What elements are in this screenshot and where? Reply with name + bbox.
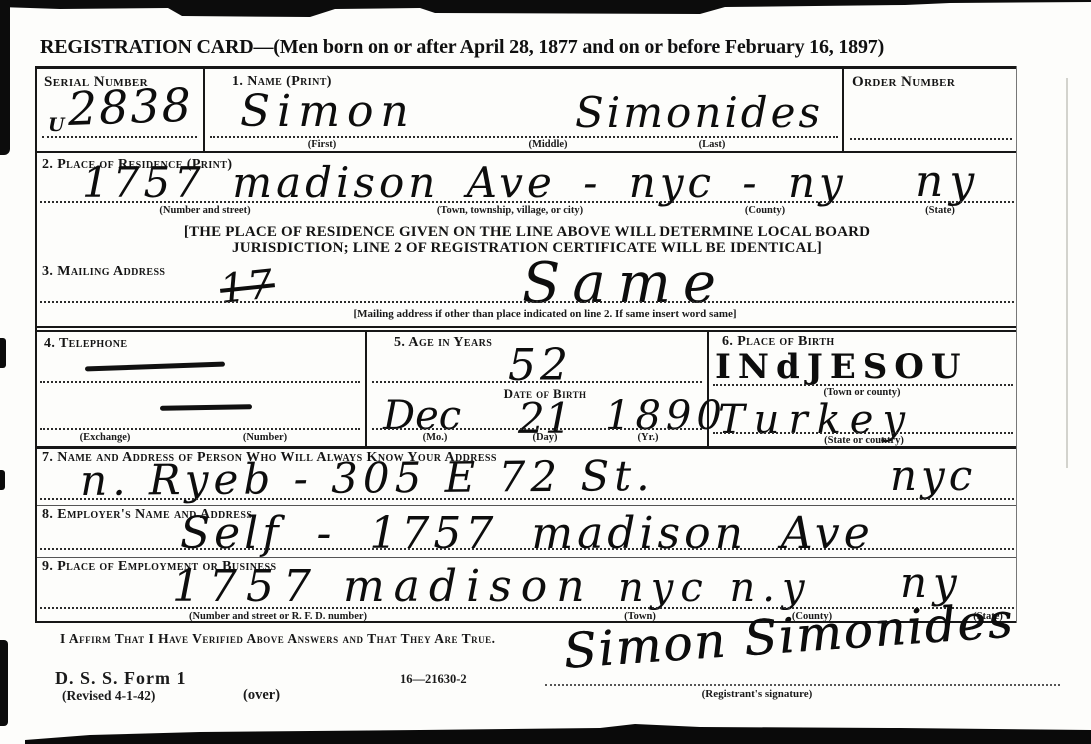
residence-sub-state: (State) xyxy=(925,205,955,216)
dob-month-value: Dec xyxy=(383,396,461,436)
form-number: D. S. S. Form 1 xyxy=(55,668,187,689)
dob-sub-month: (Mo.) xyxy=(423,432,448,443)
table-left-border xyxy=(35,66,37,623)
name-sub-first: (First) xyxy=(308,139,337,150)
jurisdiction-note-line1: [THE PLACE OF RESIDENCE GIVEN ON THE LIN… xyxy=(184,224,870,241)
birth-country-value: Turkey xyxy=(718,400,914,440)
row7-bottom-border xyxy=(35,505,1017,506)
scan-left-edge-artifact xyxy=(0,470,5,490)
employment-street-value: 1757 madison xyxy=(172,565,594,609)
form-title: REGISTRATION CARD—(Men born on or after … xyxy=(40,36,884,59)
telephone-sub-exchange: (Exchange) xyxy=(80,432,131,443)
dob-sub-year: (Yr.) xyxy=(638,432,659,443)
scan-left-edge-artifact xyxy=(0,338,6,368)
residence-value: 1757 madison Ave - nyc - ny xyxy=(82,162,847,204)
mailing-address-label: 3. Mailing Address xyxy=(42,264,165,280)
row4-bottom-border xyxy=(35,446,1017,449)
row1-bottom-border xyxy=(35,151,1017,153)
age-label: 5. Age in Years xyxy=(394,335,492,351)
serial-name-divider xyxy=(203,66,205,153)
telephone-age-divider xyxy=(365,330,367,448)
serial-number-value: 2838 xyxy=(67,82,194,132)
order-number-label: Order Number xyxy=(852,74,955,91)
name-last-value: Simonides xyxy=(575,92,823,134)
scan-top-edge-artifact xyxy=(0,0,1091,24)
employment-town-value: nyc n.y xyxy=(618,568,812,608)
name-first-value: Simon xyxy=(240,90,416,134)
telephone-dotted-line1 xyxy=(40,381,360,383)
registration-card-scan: REGISTRATION CARD—(Men born on or after … xyxy=(0,0,1091,744)
name-order-divider xyxy=(842,66,844,153)
over-label: (over) xyxy=(243,687,280,704)
telephone-dash-stroke xyxy=(160,404,252,411)
telephone-sub-number: (Number) xyxy=(243,432,287,443)
affirmation-statement: I Affirm That I Have Verified Above Answ… xyxy=(60,631,495,647)
signature-sub-label: (Registrant's signature) xyxy=(702,688,813,700)
contact-value: n. Ryeb - 305 E 72 St. xyxy=(80,455,655,502)
telephone-dotted-line2 xyxy=(40,428,360,430)
birth-country-dotted-line xyxy=(713,432,1013,434)
mailing-bottom-border-b xyxy=(35,330,1017,332)
table-right-border xyxy=(1016,66,1017,623)
residence-sub-street: (Number and street) xyxy=(159,205,250,216)
residence-dotted-line xyxy=(40,201,1014,203)
serial-prefix-value: U xyxy=(48,116,65,135)
serial-dotted-line xyxy=(42,136,197,138)
residence-sub-county: (County) xyxy=(745,205,785,216)
dob-year-value: 1890 xyxy=(605,396,727,436)
telephone-label: 4. Telephone xyxy=(44,336,127,352)
name-dotted-line xyxy=(210,136,838,138)
birth-country-sub: (State or country) xyxy=(824,435,904,446)
scan-bottom-edge-artifact xyxy=(0,718,1091,744)
scan-left-edge-artifact xyxy=(0,0,10,155)
mailing-sub-label: [Mailing address if other than place ind… xyxy=(353,308,736,320)
name-sub-last: (Last) xyxy=(699,139,726,150)
telephone-dash-stroke xyxy=(85,362,225,372)
employment-sub-street: (Number and street or R. F. D. number) xyxy=(189,611,367,622)
contact-dotted-line xyxy=(40,498,1014,500)
mailing-dotted-line xyxy=(40,301,1014,303)
residence-state-value: ny xyxy=(915,160,980,204)
mailing-bottom-border-a xyxy=(35,326,1017,328)
print-code: 16—21630-2 xyxy=(400,672,467,687)
signature-dotted-line xyxy=(545,684,1060,686)
order-dotted-line xyxy=(850,138,1012,140)
scan-vertical-streak-artifact xyxy=(1066,78,1068,468)
age-dotted-line xyxy=(372,381,702,383)
name-sub-middle: (Middle) xyxy=(528,139,567,150)
dob-sub-day: (Day) xyxy=(532,432,557,443)
form-revision: (Revised 4-1-42) xyxy=(62,688,155,704)
contact-city-value: nyc xyxy=(890,455,976,497)
employer-dotted-line xyxy=(40,548,1014,550)
scan-left-edge-artifact xyxy=(0,640,8,726)
dob-dotted-line xyxy=(372,428,702,430)
residence-sub-town: (Town, township, village, or city) xyxy=(437,205,583,216)
table-top-border xyxy=(35,66,1017,69)
birth-town-dotted-line xyxy=(713,384,1013,386)
birth-town-value: INdJESOU xyxy=(715,350,968,384)
mailing-value: Same xyxy=(522,256,728,312)
